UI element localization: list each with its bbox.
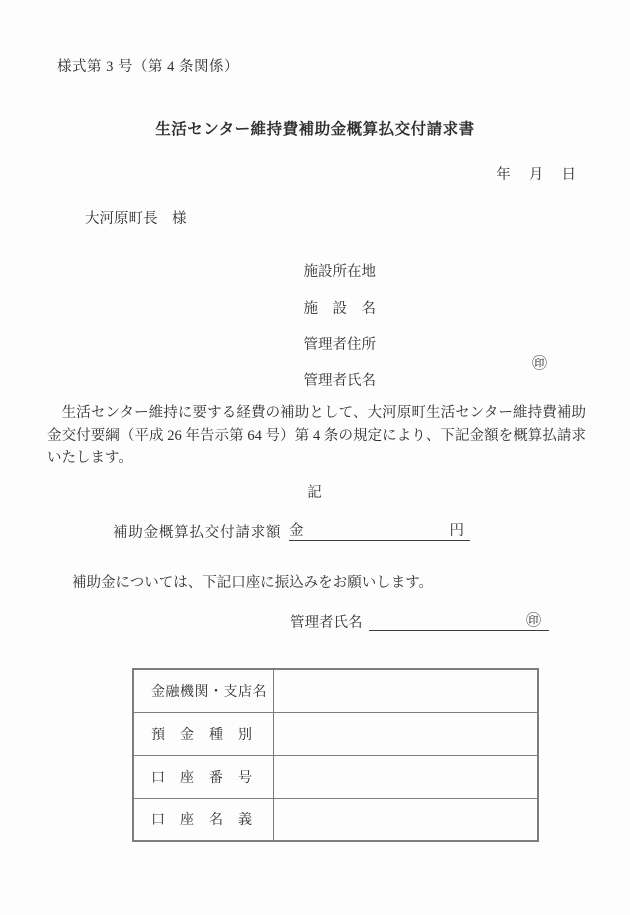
document-page: 様式第 3 号（第 4 条関係） 生活センター維持費補助金概算払交付請求書 年 … [0,0,630,915]
bank-account-number-label: 口 座 番 号 [133,755,274,798]
bank-deposit-type-value[interactable] [274,712,539,755]
bank-deposit-type-label: 預 金 種 別 [133,712,274,755]
bank-account-table: 金融機関・支店名 預 金 種 別 口 座 番 号 口 座 名 義 [132,668,539,842]
bank-institution-label: 金融機関・支店名 [133,669,274,712]
amount-suffix: 円 [450,519,465,540]
bank-row-account-name: 口 座 名 義 [133,798,538,841]
bank-institution-value[interactable] [274,669,539,712]
manager-name-label: 管理者氏名 [304,373,377,389]
manager-signature-label: 管理者氏名 [290,611,363,632]
facility-address-label: 施設所在地 [304,264,377,280]
facility-name-label: 施 設 名 [304,301,377,317]
bank-account-number-value[interactable] [274,755,539,798]
bank-row-account-number: 口 座 番 号 [133,755,538,798]
form-number: 様式第 3 号（第 4 条関係） [57,55,239,76]
amount-prefix: 金 [289,519,304,540]
addressee: 大河原町長 様 [85,207,187,228]
ki-heading: 記 [0,481,630,502]
bank-account-name-value[interactable] [274,798,539,841]
seal-mark-icon: ㊞ [526,609,541,630]
amount-label: 補助金概算払交付請求額 [113,521,281,542]
amount-line: 補助金概算払交付請求額 金 円 [0,521,630,545]
body-paragraph: 生活センター維持に要する経費の補助として、大河原町生活センター維持費補助金交付要… [47,402,586,470]
bank-row-institution: 金融機関・支店名 [133,669,538,712]
amount-fill-in-field[interactable]: 金 円 [289,519,470,541]
manager-address-label: 管理者住所 [304,337,377,353]
seal-mark-icon: ㊞ [532,352,547,373]
bank-account-name-label: 口 座 名 義 [133,798,274,841]
document-title: 生活センター維持費補助金概算払交付請求書 [0,117,630,139]
date-line: 年 月 日 [496,163,576,184]
bank-row-deposit-type: 預 金 種 別 [133,712,538,755]
manager-signature-line: 管理者氏名 ㊞ [0,611,630,635]
manager-signature-fill-in[interactable]: ㊞ [369,609,549,631]
transfer-notice: 補助金については、下記口座に振込みをお願いします。 [72,571,433,592]
